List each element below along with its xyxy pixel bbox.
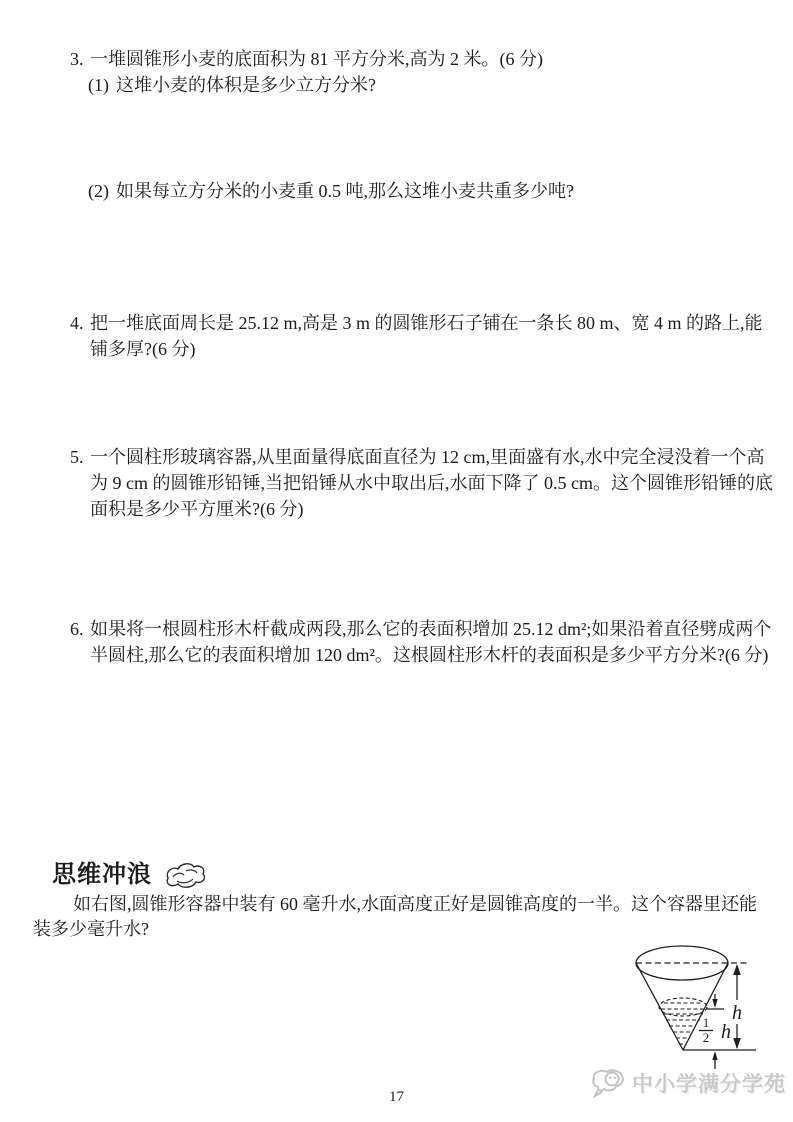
- question-5: 5.一个圆柱形玻璃容器,从里面量得底面直径为 12 cm,里面盛有水,水中完全浸…: [70, 444, 774, 522]
- question-5-number: 5.: [70, 444, 90, 470]
- question-5-text: 一个圆柱形玻璃容器,从里面量得底面直径为 12 cm,里面盛有水,水中完全浸没着…: [90, 447, 773, 519]
- sub-question-label: (1): [88, 72, 116, 98]
- watermark: 中小学满分学苑: [590, 1068, 786, 1100]
- worksheet-page: 3.一堆圆锥形小麦的底面积为 81 平方分米,高为 2 米。(6 分) (1)这…: [0, 0, 793, 1122]
- cone-outline: [636, 946, 749, 1050]
- question-3-sub-1: (1)这堆小麦的体积是多少立方分米?: [88, 72, 780, 98]
- sub-question-text: 这堆小麦的体积是多少立方分米?: [116, 75, 376, 95]
- dimension-lines: [683, 966, 756, 1069]
- question-3-text: 一堆圆锥形小麦的底面积为 81 平方分米,高为 2 米。(6 分): [90, 49, 543, 69]
- question-3-sub-2: (2)如果每立方分米的小麦重 0.5 吨,那么这堆小麦共重多少吨?: [88, 178, 780, 204]
- question-6-number: 6.: [70, 616, 90, 642]
- sub-question-label: (2): [88, 178, 116, 204]
- label-half-numerator: 1: [703, 1015, 710, 1030]
- label-total-height: h: [732, 1002, 742, 1024]
- question-4-text: 把一堆底面周长是 25.12 m,高是 3 m 的圆锥形石子铺在一条长 80 m…: [90, 313, 763, 359]
- sub-question-text: 如果每立方分米的小麦重 0.5 吨,那么这堆小麦共重多少吨?: [116, 181, 574, 201]
- question-3: 3.一堆圆锥形小麦的底面积为 81 平方分米,高为 2 米。(6 分): [70, 46, 774, 72]
- question-3-number: 3.: [70, 46, 90, 72]
- water-surface: [659, 998, 707, 1044]
- wave-doodle-icon: [160, 858, 208, 892]
- label-half-height-symbol: h: [721, 1021, 731, 1043]
- section-title: 思维冲浪: [52, 860, 152, 890]
- section-problem-text: 如右图,圆锥形容器中装有 60 毫升水,水面高度正好是圆锥高度的一半。这个容器里…: [33, 892, 759, 942]
- question-4: 4.把一堆底面周长是 25.12 m,高是 3 m 的圆锥形石子铺在一条长 80…: [70, 310, 774, 362]
- question-6: 6.如果将一根圆柱形木杆截成两段,那么它的表面积增加 25.12 dm²;如果沿…: [70, 616, 774, 668]
- watermark-text: 中小学满分学苑: [632, 1071, 786, 1097]
- label-half-denominator: 2: [703, 1030, 710, 1045]
- question-6-text: 如果将一根圆柱形木杆截成两段,那么它的表面积增加 25.12 dm²;如果沿着直…: [90, 619, 771, 665]
- section-header: 思维冲浪: [52, 858, 208, 892]
- cone-figure: h 1 2 h: [628, 938, 760, 1072]
- cat-mascot-icon: [590, 1068, 626, 1100]
- question-4-number: 4.: [70, 310, 90, 336]
